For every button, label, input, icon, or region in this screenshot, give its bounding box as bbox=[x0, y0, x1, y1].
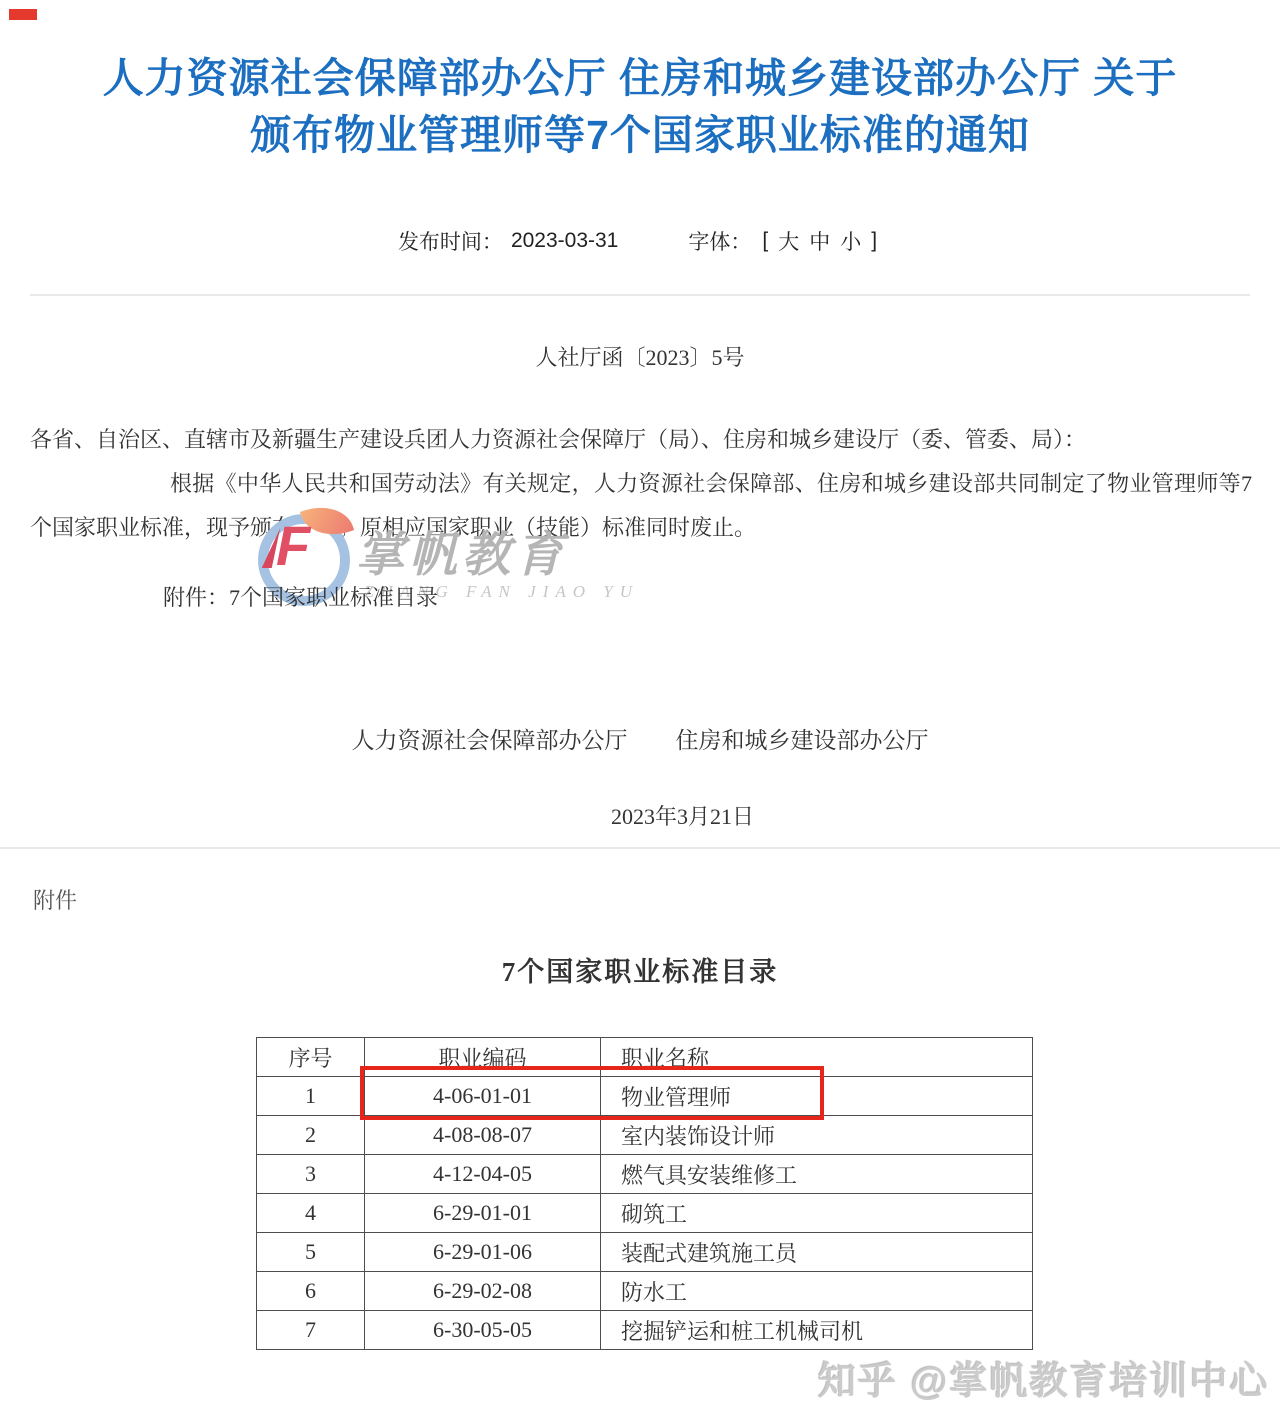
highlight-red-box bbox=[360, 1066, 824, 1120]
bracket-close: ] bbox=[871, 229, 877, 253]
zhihu-watermark: 知乎 @掌帆教育培训中心 bbox=[818, 1350, 1270, 1405]
name-cell: 燃气具安装维修工 bbox=[601, 1155, 1033, 1194]
annex-label: 附件 bbox=[33, 884, 77, 915]
table-row: 66-29-02-08防水工 bbox=[257, 1272, 1033, 1311]
name-cell: 防水工 bbox=[601, 1272, 1033, 1311]
notice-page: 人力资源社会保障部办公厅 住房和城乡建设部办公厅 关于 颁布物业管理师等7个国家… bbox=[0, 0, 1280, 1422]
page-title-line2: 颁布物业管理师等7个国家职业标准的通知 bbox=[40, 107, 1240, 164]
name-cell: 挖掘铲运和桩工机械司机 bbox=[601, 1311, 1033, 1350]
code-cell: 6-29-01-01 bbox=[365, 1194, 601, 1233]
table-row: 46-29-01-01砌筑工 bbox=[257, 1194, 1033, 1233]
code-cell: 4-12-04-05 bbox=[365, 1155, 601, 1194]
bracket-open: [ bbox=[762, 229, 768, 253]
publish-time-label: 发布时间： bbox=[398, 226, 503, 256]
table-row: 34-12-04-05燃气具安装维修工 bbox=[257, 1155, 1033, 1194]
signature-row: 人力资源社会保障部办公厅 住房和城乡建设部办公厅 bbox=[0, 722, 1280, 755]
font-size-label: 字体： bbox=[688, 226, 751, 256]
seq-cell: 2 bbox=[257, 1116, 365, 1155]
code-cell: 4-08-08-07 bbox=[365, 1116, 601, 1155]
body-paragraph: 根据《中华人民共和国劳动法》有关规定，人力资源社会保障部、住房和城乡建设部共同制… bbox=[30, 462, 1252, 550]
logo-brand-text: 掌帆教育 bbox=[356, 516, 568, 585]
document-number: 人社厅函〔2023〕5号 bbox=[0, 341, 1280, 372]
seq-cell: 3 bbox=[257, 1155, 365, 1194]
name-cell: 室内装饰设计师 bbox=[601, 1116, 1033, 1155]
signature-mohrss: 人力资源社会保障部办公厅 bbox=[352, 722, 628, 755]
seq-cell: 6 bbox=[257, 1272, 365, 1311]
seq-cell: 7 bbox=[257, 1311, 365, 1350]
seq-cell: 4 bbox=[257, 1194, 365, 1233]
seq-cell: 5 bbox=[257, 1233, 365, 1272]
font-size-switcher: [ 大 中 小 ] bbox=[757, 226, 882, 256]
page-title: 人力资源社会保障部办公厅 住房和城乡建设部办公厅 关于 颁布物业管理师等7个国家… bbox=[40, 50, 1240, 164]
code-cell: 6-29-02-08 bbox=[365, 1272, 601, 1311]
logo-f-icon: F bbox=[276, 518, 310, 574]
signature-mohurd: 住房和城乡建设部办公厅 bbox=[676, 722, 929, 755]
code-cell: 6-29-01-06 bbox=[365, 1233, 601, 1272]
header-seq: 序号 bbox=[257, 1038, 365, 1077]
name-cell: 装配式建筑施工员 bbox=[601, 1233, 1033, 1272]
meta-row: 发布时间： 2023-03-31 字体： [ 大 中 小 ] bbox=[0, 226, 1280, 256]
table-title: 7个国家职业标准目录 bbox=[0, 950, 1280, 989]
corner-red-mark bbox=[9, 9, 37, 20]
divider-top bbox=[30, 294, 1250, 296]
table-row: 76-30-05-05挖掘铲运和桩工机械司机 bbox=[257, 1311, 1033, 1350]
code-cell: 6-30-05-05 bbox=[365, 1311, 601, 1350]
font-size-small-link[interactable]: 小 bbox=[840, 226, 861, 256]
divider-annex bbox=[0, 847, 1280, 849]
attachment-reference: 附件：7个国家职业标准目录 bbox=[30, 576, 1252, 620]
salutation-paragraph: 各省、自治区、直辖市及新疆生产建设兵团人力资源社会保障厅（局）、住房和城乡建设厅… bbox=[30, 418, 1252, 462]
seq-cell: 1 bbox=[257, 1077, 365, 1116]
font-size-large-link[interactable]: 大 bbox=[778, 226, 799, 256]
font-size-medium-link[interactable]: 中 bbox=[809, 226, 830, 256]
table-row: 24-08-08-07室内装饰设计师 bbox=[257, 1116, 1033, 1155]
name-cell: 砌筑工 bbox=[601, 1194, 1033, 1233]
page-title-line1: 人力资源社会保障部办公厅 住房和城乡建设部办公厅 关于 bbox=[40, 50, 1240, 107]
table-row: 56-29-01-06装配式建筑施工员 bbox=[257, 1233, 1033, 1272]
publish-date: 2023-03-31 bbox=[511, 229, 618, 253]
signature-date: 2023年3月21日 bbox=[0, 800, 1280, 831]
